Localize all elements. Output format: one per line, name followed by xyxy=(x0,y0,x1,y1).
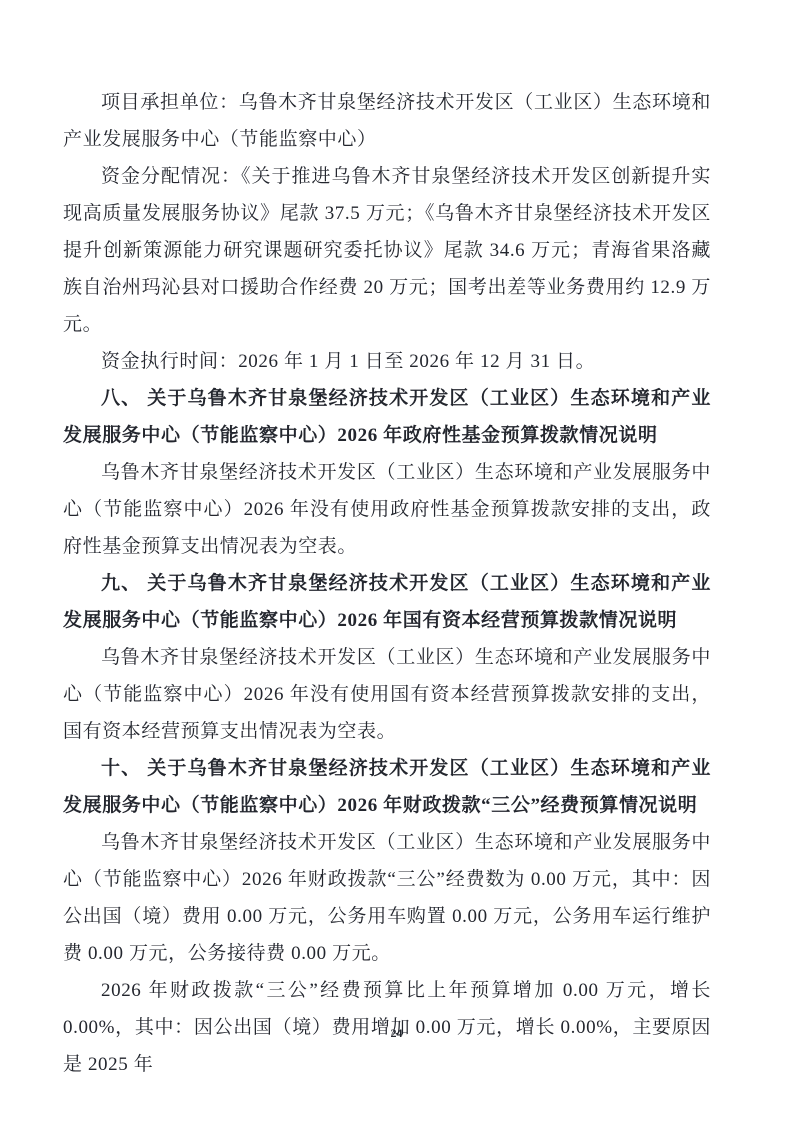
document-page: 项目承担单位：乌鲁木齐甘泉堡经济技术开发区（工业区）生态环境和产业发展服务中心（… xyxy=(0,0,793,1122)
paragraph-project-undertaker: 项目承担单位：乌鲁木齐甘泉堡经济技术开发区（工业区）生态环境和产业发展服务中心（… xyxy=(63,84,711,158)
paragraph-fund-allocation: 资金分配情况：《关于推进乌鲁木齐甘泉堡经济技术开发区创新提升实现高质量发展服务协… xyxy=(63,158,711,343)
page-number: 24 xyxy=(0,1026,793,1041)
paragraph-section-8-body: 乌鲁木齐甘泉堡经济技术开发区（工业区）生态环境和产业发展服务中心（节能监察中心）… xyxy=(63,454,711,565)
document-body: 项目承担单位：乌鲁木齐甘泉堡经济技术开发区（工业区）生态环境和产业发展服务中心（… xyxy=(63,84,711,1083)
heading-section-9-state-capital-budget: 九、 关于乌鲁木齐甘泉堡经济技术开发区（工业区）生态环境和产业发展服务中心（节能… xyxy=(63,565,711,639)
heading-section-10-three-public-expenses: 十、 关于乌鲁木齐甘泉堡经济技术开发区（工业区）生态环境和产业发展服务中心（节能… xyxy=(63,750,711,824)
paragraph-section-10-body: 乌鲁木齐甘泉堡经济技术开发区（工业区）生态环境和产业发展服务中心（节能监察中心）… xyxy=(63,824,711,972)
paragraph-fund-execution-time: 资金执行时间：2026 年 1 月 1 日至 2026 年 12 月 31 日。 xyxy=(63,343,711,380)
heading-section-8-government-fund-budget: 八、 关于乌鲁木齐甘泉堡经济技术开发区（工业区）生态环境和产业发展服务中心（节能… xyxy=(63,380,711,454)
paragraph-section-9-body: 乌鲁木齐甘泉堡经济技术开发区（工业区）生态环境和产业发展服务中心（节能监察中心）… xyxy=(63,639,711,750)
